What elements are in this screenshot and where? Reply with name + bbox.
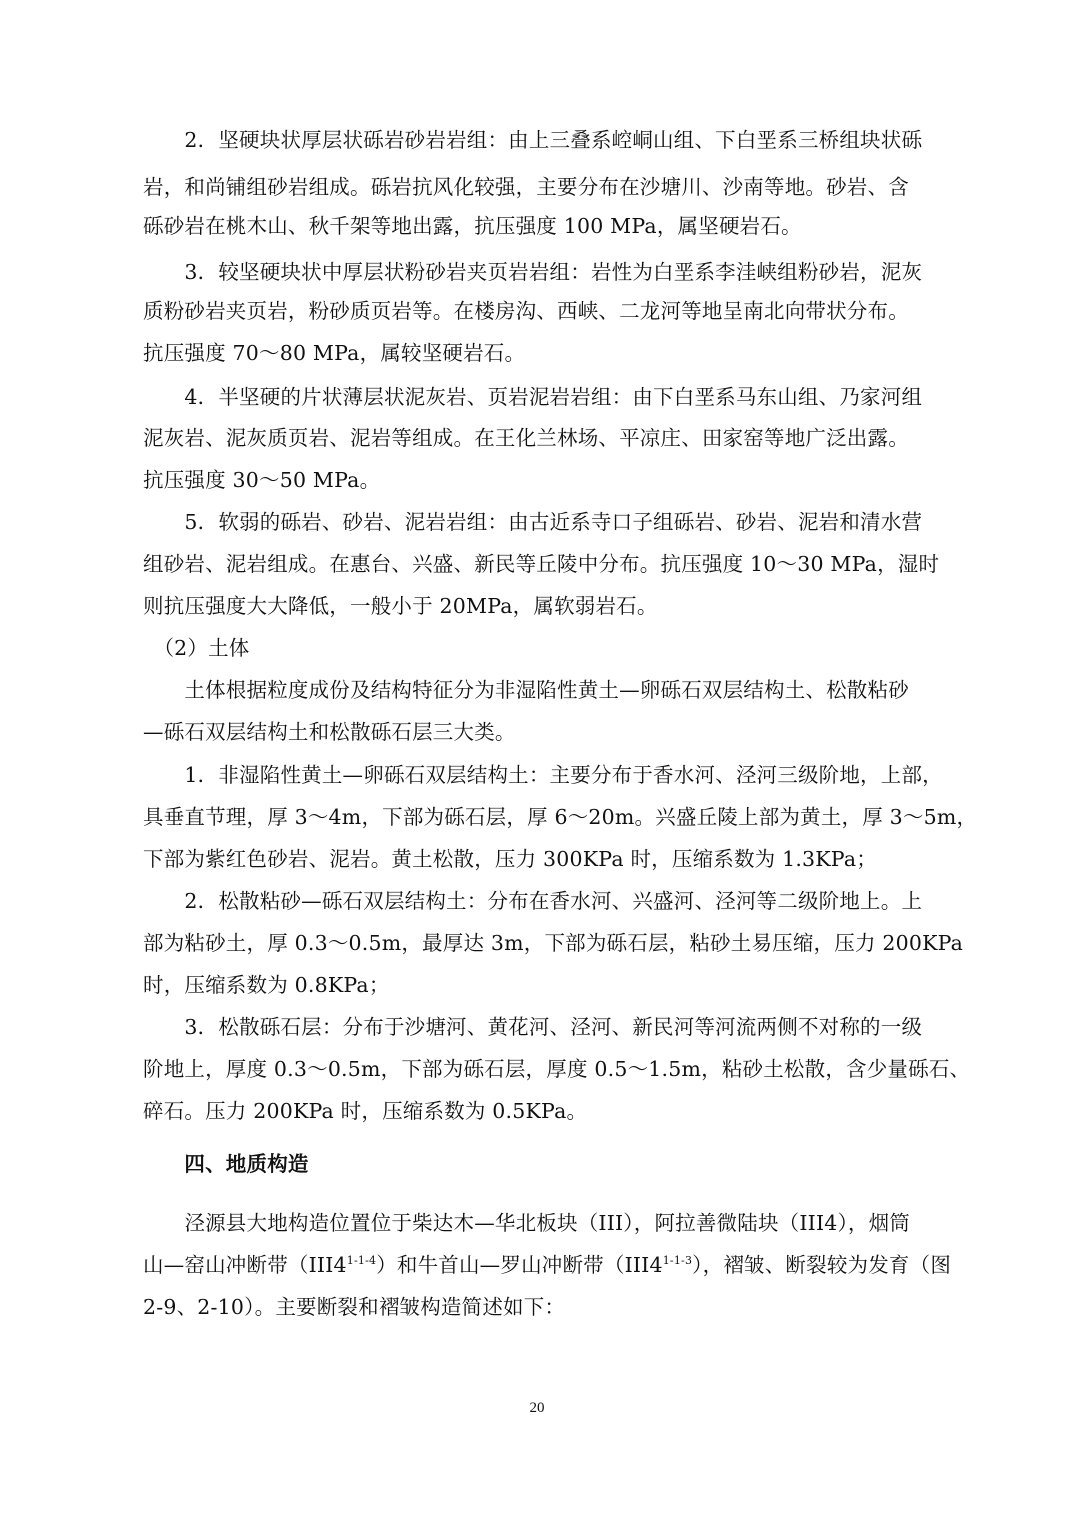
- text-span: 山—窑山冲断带（III4: [143, 1253, 347, 1277]
- text-line: 2．坚硬块状厚层状砾岩砂岩岩组：由上三叠系崆峒山组、下白垩系三桥组块状砾: [143, 126, 922, 154]
- text-line: 抗压强度 30～50 MPa。: [143, 466, 380, 494]
- text-line: 4．半坚硬的片状薄层状泥灰岩、页岩泥岩岩组：由下白垩系马东山组、乃家河组: [143, 383, 922, 411]
- text-line: 阶地上，厚度 0.3～0.5m，下部为砾石层，厚度 0.5～1.5m，粘砂土松散…: [143, 1055, 970, 1083]
- text-line: 下部为紫红色砂岩、泥岩。黄土松散，压力 300KPa 时，压缩系数为 1.3KP…: [143, 845, 877, 873]
- superscript: 1-1-4: [347, 1254, 376, 1267]
- text-line: 时，压缩系数为 0.8KPa；: [143, 971, 390, 999]
- page-number: 20: [0, 1400, 1074, 1417]
- section-heading: 四、地质构造: [143, 1150, 309, 1178]
- text-span: ）和牛首山—罗山冲断带（III4: [376, 1253, 663, 1277]
- text-line: 2．松散粘砂—砾石双层结构土：分布在香水河、兴盛河、泾河等二级阶地上。上: [143, 887, 922, 915]
- text-line: 则抗压强度大大降低，一般小于 20MPa，属软弱岩石。: [143, 592, 658, 620]
- text-line: 组砂岩、泥岩组成。在惠台、兴盛、新民等丘陵中分布。抗压强度 10～30 MPa，…: [143, 550, 939, 578]
- text-line: 3．较坚硬块状中厚层状粉砂岩夹页岩岩组：岩性为白垩系李洼峡组粉砂岩，泥灰: [143, 258, 922, 286]
- tectonics-line-2: 山—窑山冲断带（III41-1-4）和牛首山—罗山冲断带（III41-1-3），…: [143, 1251, 951, 1279]
- text-line: 部为粘砂土，厚 0.3～0.5m，最厚达 3m，下部为砾石层，粘砂土易压缩，压力…: [143, 929, 963, 957]
- text-line: （2）土体: [143, 634, 250, 662]
- tectonics-line-1: 泾源县大地构造位置位于柴达木—华北板块（III），阿拉善微陆块（III4），烟筒: [143, 1209, 910, 1237]
- text-line: 泥灰岩、泥灰质页岩、泥岩等组成。在王化兰林场、平凉庄、田家窑等地广泛出露。: [143, 424, 909, 452]
- text-line: 质粉砂岩夹页岩，粉砂质页岩等。在楼房沟、西峡、二龙河等地呈南北向带状分布。: [143, 297, 909, 325]
- superscript: 1-1-3: [663, 1254, 692, 1267]
- text-line: 抗压强度 70～80 MPa，属较坚硬岩石。: [143, 339, 525, 367]
- text-line: 砾砂岩在桃木山、秋千架等地出露，抗压强度 100 MPa，属坚硬岩石。: [143, 212, 802, 240]
- tectonics-line-3: 2-9、2-10）。主要断裂和褶皱构造简述如下：: [143, 1293, 565, 1321]
- text-span: ），褶皱、断裂较为发育（图: [692, 1253, 951, 1277]
- text-line: 岩，和尚铺组砂岩组成。砾岩抗风化较强，主要分布在沙塘川、沙南等地。砂岩、含: [143, 173, 909, 201]
- text-line: 1．非湿陷性黄土—卵砾石双层结构土：主要分布于香水河、泾河三级阶地，上部，: [143, 761, 943, 789]
- text-line: 土体根据粒度成份及结构特征分为非湿陷性黄土—卵砾石双层结构土、松散粘砂: [143, 676, 909, 704]
- text-line: 5．软弱的砾岩、砂岩、泥岩岩组：由古近系寺口子组砾岩、砂岩、泥岩和清水营: [143, 508, 922, 536]
- text-line: 碎石。压力 200KPa 时，压缩系数为 0.5KPa。: [143, 1097, 587, 1125]
- text-line: 3．松散砾石层：分布于沙塘河、黄花河、泾河、新民河等河流两侧不对称的一级: [143, 1013, 922, 1041]
- text-line: —砾石双层结构土和松散砾石层三大类。: [143, 718, 516, 746]
- text-line: 具垂直节理，厚 3～4m，下部为砾石层，厚 6～20m。兴盛丘陵上部为黄土，厚 …: [143, 803, 977, 831]
